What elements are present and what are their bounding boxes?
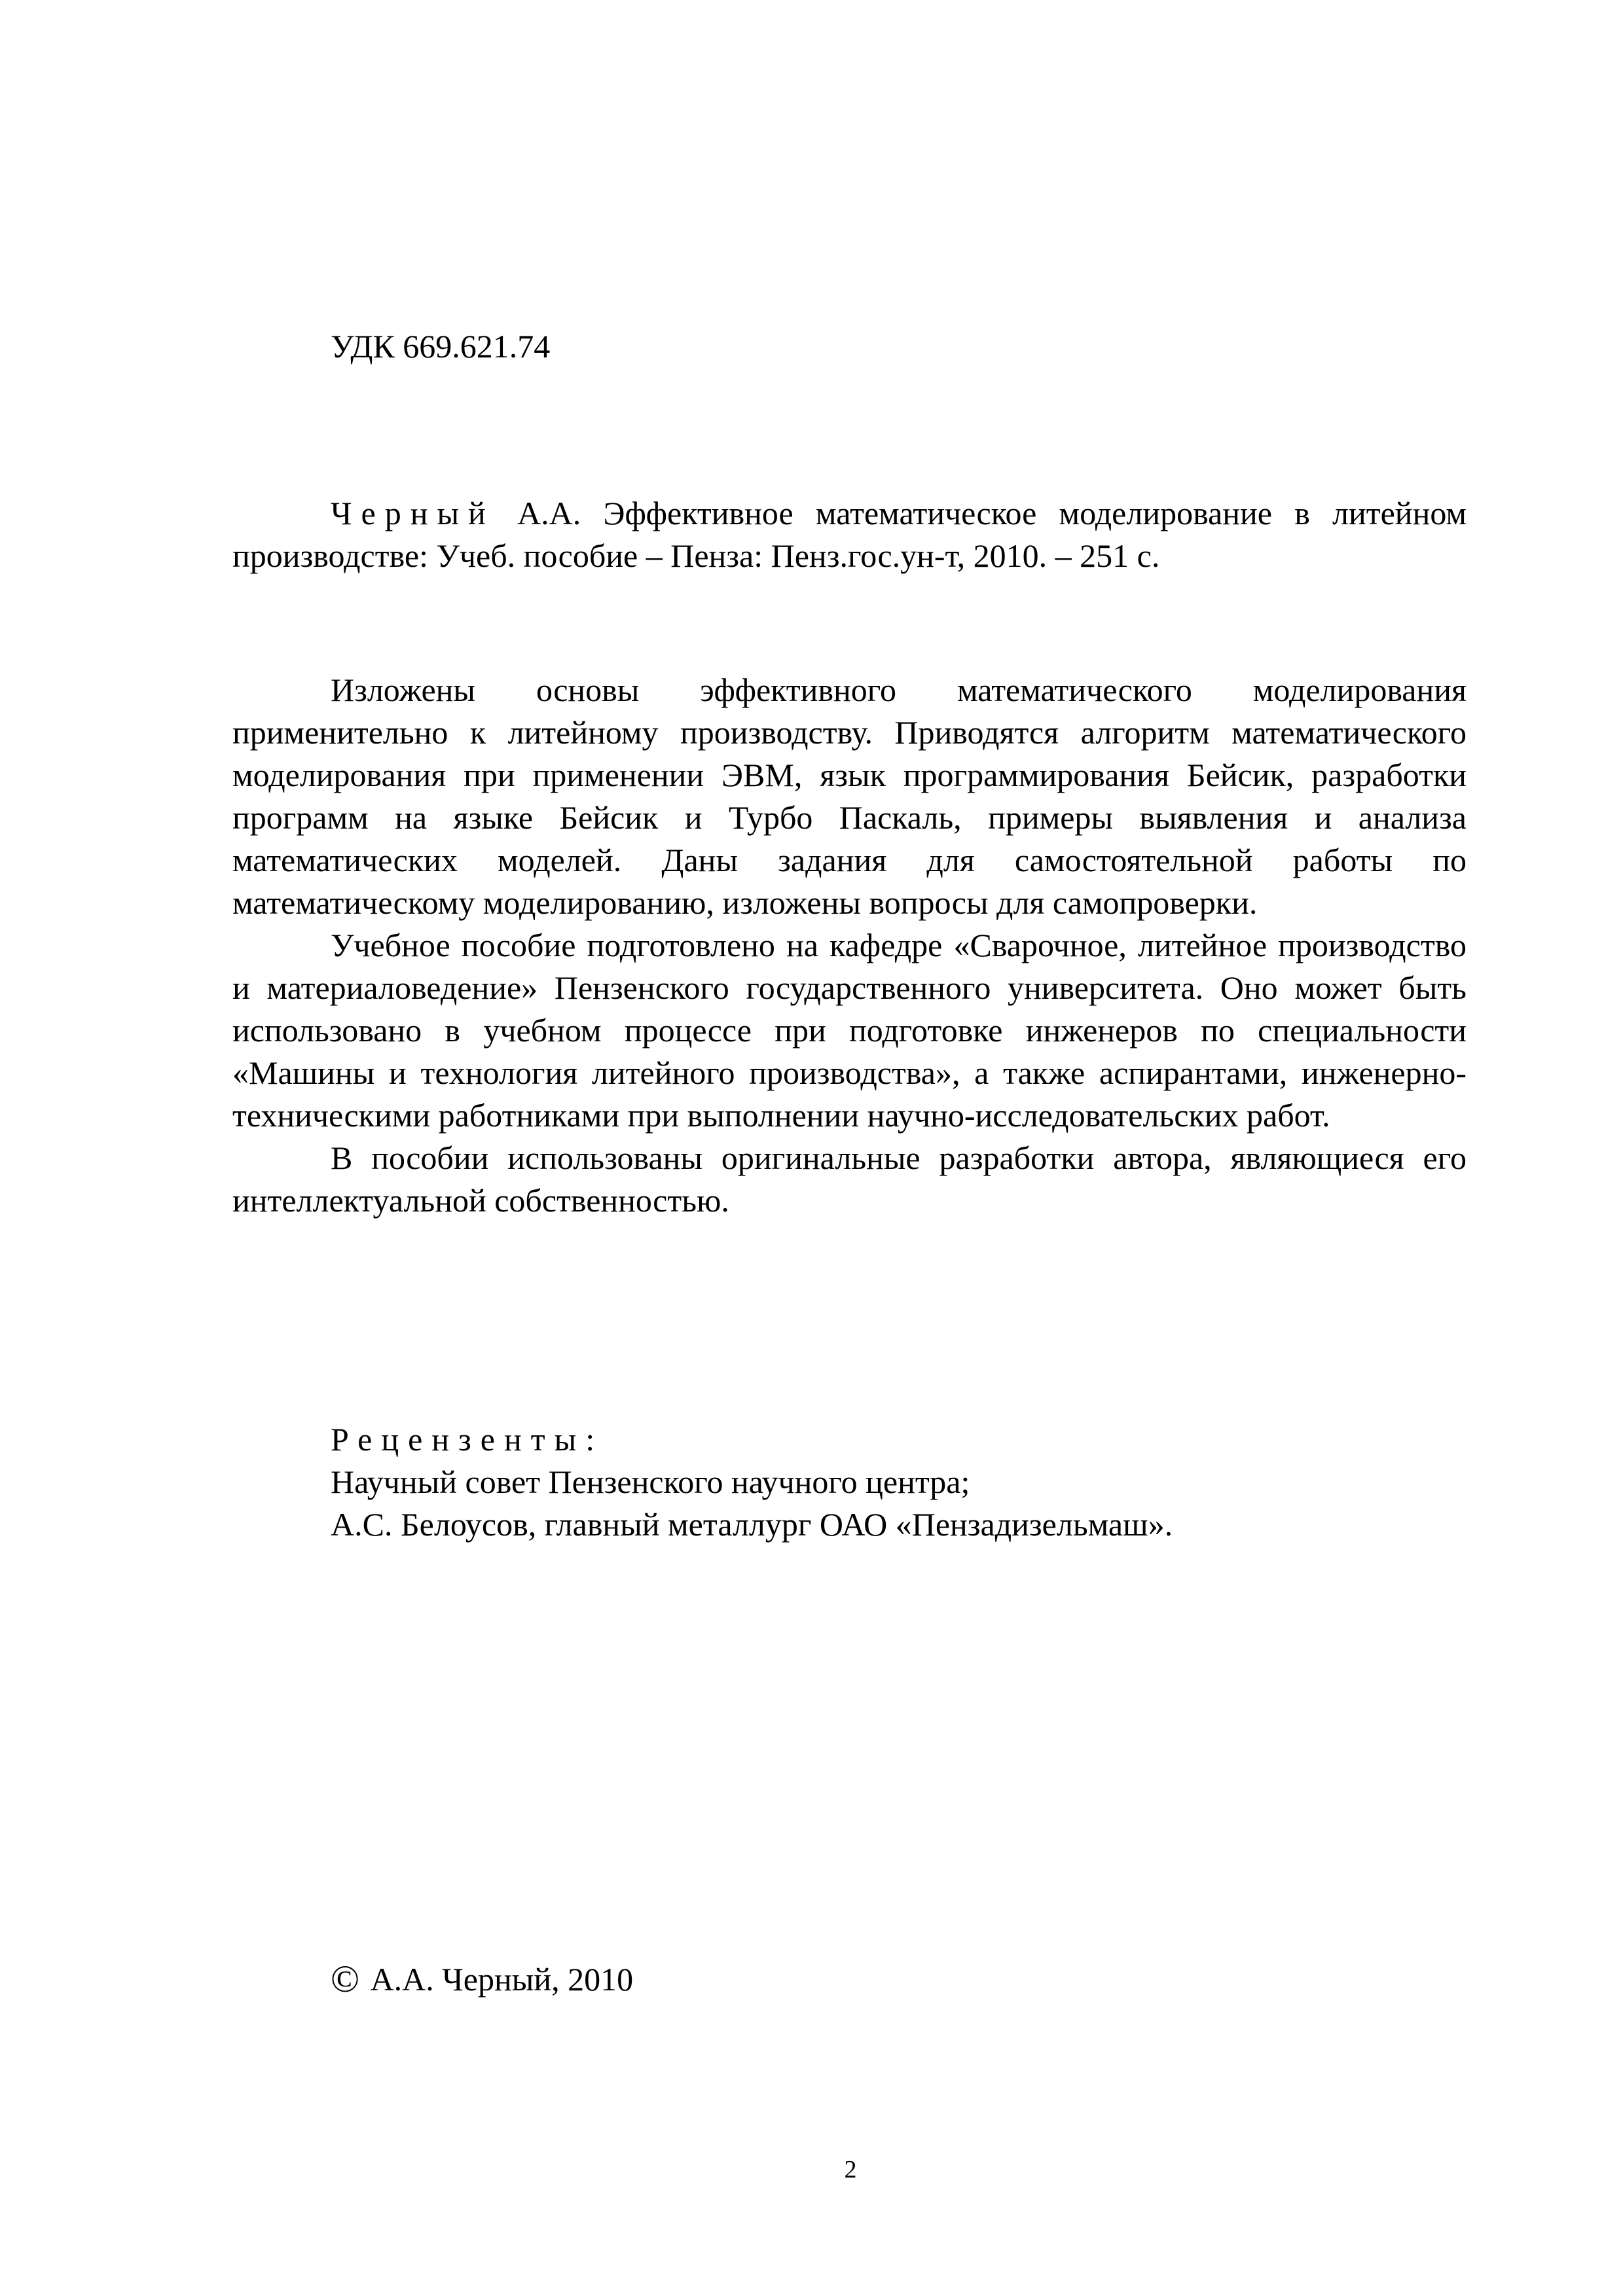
page-number: 2	[811, 2153, 890, 2186]
reviewer-item: А.С. Белоусов, главный металлург ОАО «Пе…	[331, 1503, 1467, 1546]
copyright-icon: ©	[331, 1963, 359, 1996]
copyright-notice: © А.А. Черный, 2010	[331, 1958, 985, 2001]
reviewer-item: Научный совет Пензенского научного центр…	[331, 1461, 1467, 1503]
bibliographic-record: Черный А.А. Эффективное математическое м…	[232, 492, 1467, 577]
udk-code: УДК 669.621.74	[331, 325, 1565, 368]
reviewers-section: Рецензенты: Научный совет Пензенского на…	[331, 1418, 1467, 1546]
bibliographic-text: Черный А.А. Эффективное математическое м…	[232, 492, 1467, 577]
abstract: Изложены основы эффективного математичес…	[232, 669, 1467, 1222]
abstract-paragraph-2: Учебное пособие подготовлено на кафедре …	[232, 924, 1467, 1137]
author-initials: А.А.	[517, 495, 581, 531]
copyright-text: А.А. Черный, 2010	[371, 1961, 634, 1998]
document-page: УДК 669.621.74 Черный А.А. Эффективное м…	[0, 0, 1623, 2296]
abstract-paragraph-1: Изложены основы эффективного математичес…	[232, 669, 1467, 924]
author-surname: Черный	[331, 495, 495, 531]
abstract-paragraph-3: В пособии использованы оригинальные разр…	[232, 1137, 1467, 1222]
reviewers-heading: Рецензенты:	[331, 1418, 1467, 1461]
